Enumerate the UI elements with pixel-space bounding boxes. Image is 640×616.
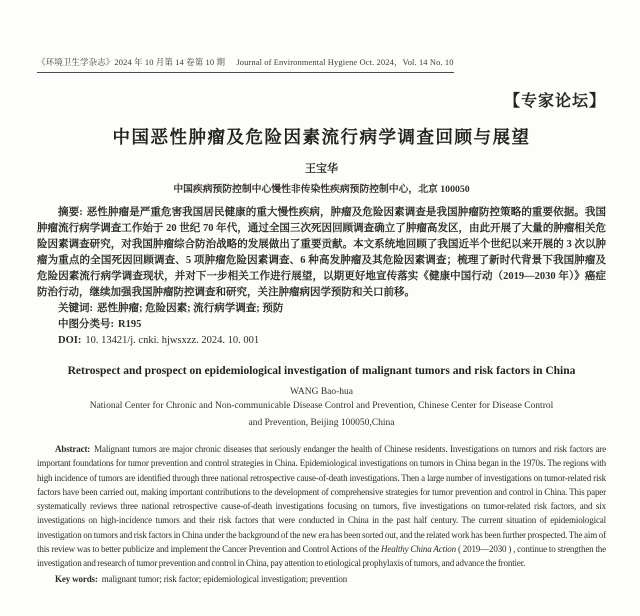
affiliation-zh: 中国疾病预防控制中心慢性非传染性疾病预防控制中心，北京 100050 bbox=[37, 181, 606, 195]
clc-value: R195 bbox=[118, 319, 141, 330]
keywords-zh-label: 关键词: bbox=[58, 303, 93, 314]
abstract-zh-label: 摘要: bbox=[58, 207, 83, 218]
keywords-en: Key words:malignant tumor; risk factor; … bbox=[37, 572, 606, 586]
keywords-en-label: Key words: bbox=[55, 574, 98, 584]
abstract-en-italic-title: Healthy China Action bbox=[381, 544, 456, 554]
affiliation-en-line2: and Prevention, Beijing 100050,China bbox=[37, 417, 606, 431]
clc-label: 中图分类号: bbox=[58, 319, 114, 330]
abstract-en-label: Abstract: bbox=[55, 444, 90, 454]
keywords-zh-text: 恶性肿瘤; 危险因素; 流行病学调查; 预防 bbox=[97, 303, 283, 314]
journal-header-text: 《环境卫生学杂志》2024 年 10 月第 14 卷第 10 期 Journal… bbox=[37, 56, 454, 73]
journal-header-en: Journal of Environmental Hygiene Oct. 20… bbox=[236, 57, 453, 67]
abstract-zh-text: 恶性肿瘤是严重危害我国居民健康的重大慢性疾病，肿瘤及危险因素调查是我国肿瘤防控策… bbox=[37, 207, 606, 298]
doi-value: 10. 13421/j. cnki. hjwsxzz. 2024. 10. 00… bbox=[85, 335, 259, 346]
article-title-en: Retrospect and prospect on epidemiologic… bbox=[37, 365, 606, 377]
keywords-zh: 关键词:恶性肿瘤; 危险因素; 流行病学调查; 预防 bbox=[37, 301, 606, 317]
abstract-en: Abstract:Malignant tumors are major chro… bbox=[37, 442, 606, 571]
author-name-en: WANG Bao-hua bbox=[37, 387, 606, 397]
keywords-en-text: malignant tumor; risk factor; epidemiolo… bbox=[102, 574, 347, 584]
journal-header-zh: 《环境卫生学杂志》2024 年 10 月第 14 卷第 10 期 bbox=[37, 57, 225, 67]
abstract-en-text-1: Malignant tumors are major chronic disea… bbox=[37, 444, 606, 554]
journal-header: 《环境卫生学杂志》2024 年 10 月第 14 卷第 10 期 Journal… bbox=[37, 52, 606, 73]
paper-page: 《环境卫生学杂志》2024 年 10 月第 14 卷第 10 期 Journal… bbox=[0, 0, 640, 616]
author-name-zh: 王宝华 bbox=[37, 160, 606, 176]
clc-number: 中图分类号:R195 bbox=[37, 317, 606, 333]
doi-label: DOI: bbox=[58, 335, 81, 346]
affiliation-en-line1: National Center for Chronic and Non-comm… bbox=[37, 400, 606, 414]
article-title-zh: 中国恶性肿瘤及危险因素流行病学调查回顾与展望 bbox=[37, 124, 606, 149]
abstract-zh: 摘要:恶性肿瘤是严重危害我国居民健康的重大慢性疾病，肿瘤及危险因素调查是我国肿瘤… bbox=[37, 205, 606, 301]
doi-line: DOI:10. 13421/j. cnki. hjwsxzz. 2024. 10… bbox=[37, 333, 606, 349]
column-tag: 【专家论坛】 bbox=[37, 88, 606, 111]
